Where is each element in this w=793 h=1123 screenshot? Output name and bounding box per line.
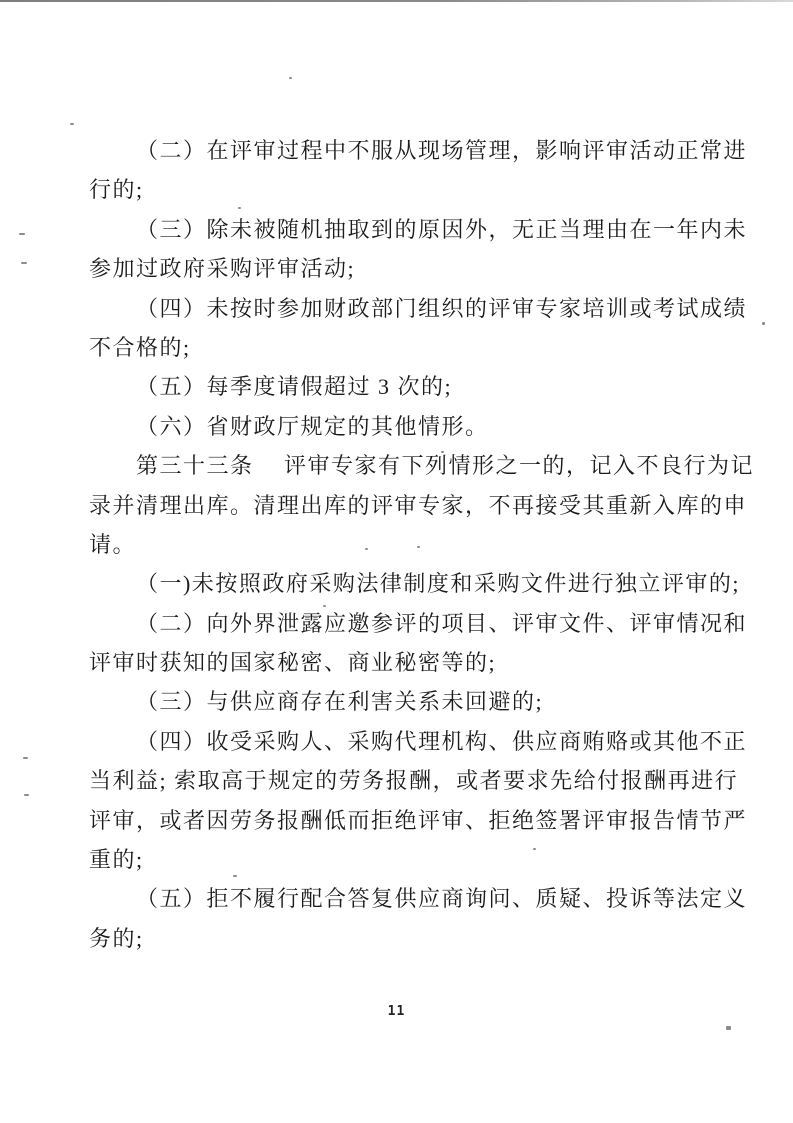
text-line: 务的; xyxy=(89,919,723,958)
text-line: （一)未按照政府采购法律制度和采购文件进行独立评审的; xyxy=(89,564,723,603)
text-line: 当利益; 索取高于规定的劳务报酬，或者要求先给付报酬再进行 xyxy=(89,761,723,800)
scan-noise-speck xyxy=(19,233,25,235)
scan-noise-speck xyxy=(441,451,444,453)
scan-noise-speck xyxy=(762,322,765,325)
scan-noise-speck xyxy=(70,123,74,125)
text-line: 重的; xyxy=(89,840,723,879)
text-line: （三）除未被随机抽取到的原因外，无正当理由在一年内未 xyxy=(89,210,723,249)
text-line: 参加过政府采购评审活动; xyxy=(89,249,723,288)
scan-noise-speck xyxy=(24,794,29,796)
scan-noise-speck xyxy=(289,77,292,79)
text-line: 请。 xyxy=(89,525,723,564)
document-body: （二）在评审过程中不服从现场管理，影响评审活动正常进行的;（三）除未被随机抽取到… xyxy=(89,131,723,958)
text-line: 评审时获知的国家秘密、商业秘密等的; xyxy=(89,643,723,682)
text-line: 行的; xyxy=(89,170,723,209)
text-line: 第三十三条 评审专家有下列情形之一的，记入不良行为记 xyxy=(89,446,723,485)
text-line: （六）省财政厅规定的其他情形。 xyxy=(89,407,723,446)
text-line: （四）收受采购人、采购代理机构、供应商贿赂或其他不正 xyxy=(89,722,723,761)
scanned-document-page: （二）在评审过程中不服从现场管理，影响评审活动正常进行的;（三）除未被随机抽取到… xyxy=(0,0,793,1123)
text-line: （二）在评审过程中不服从现场管理，影响评审活动正常进 xyxy=(89,131,723,170)
text-line: 评审，或者因劳务报酬低而拒绝评审、拒绝签署评审报告情节严 xyxy=(89,801,723,840)
scan-noise-speck xyxy=(323,605,326,607)
scan-noise-speck xyxy=(726,1026,731,1030)
scan-noise-speck xyxy=(238,207,241,209)
scan-noise-speck xyxy=(233,875,237,877)
scan-noise-speck xyxy=(533,848,536,850)
scan-noise-speck xyxy=(365,548,368,550)
text-line: 录并清理出库。清理出库的评审专家，不再接受其重新入库的申 xyxy=(89,486,723,525)
text-line: 不合格的; xyxy=(89,328,723,367)
scan-noise-speck xyxy=(417,546,420,548)
text-line: （五）每季度请假超过 3 次的; xyxy=(89,367,723,406)
page-number: 11 xyxy=(0,1004,793,1019)
text-line: （三）与供应商存在利害关系未回避的; xyxy=(89,682,723,721)
scan-noise-speck xyxy=(21,262,27,264)
text-line: （二）向外界泄露应邀参评的项目、评审文件、评审情况和 xyxy=(89,604,723,643)
scan-noise-speck xyxy=(23,757,28,759)
text-line: （五）拒不履行配合答复供应商询问、质疑、投诉等法定义 xyxy=(89,879,723,918)
text-line: （四）未按时参加财政部门组织的评审专家培训或考试成绩 xyxy=(89,289,723,328)
scan-edge-artifact xyxy=(0,0,793,2)
